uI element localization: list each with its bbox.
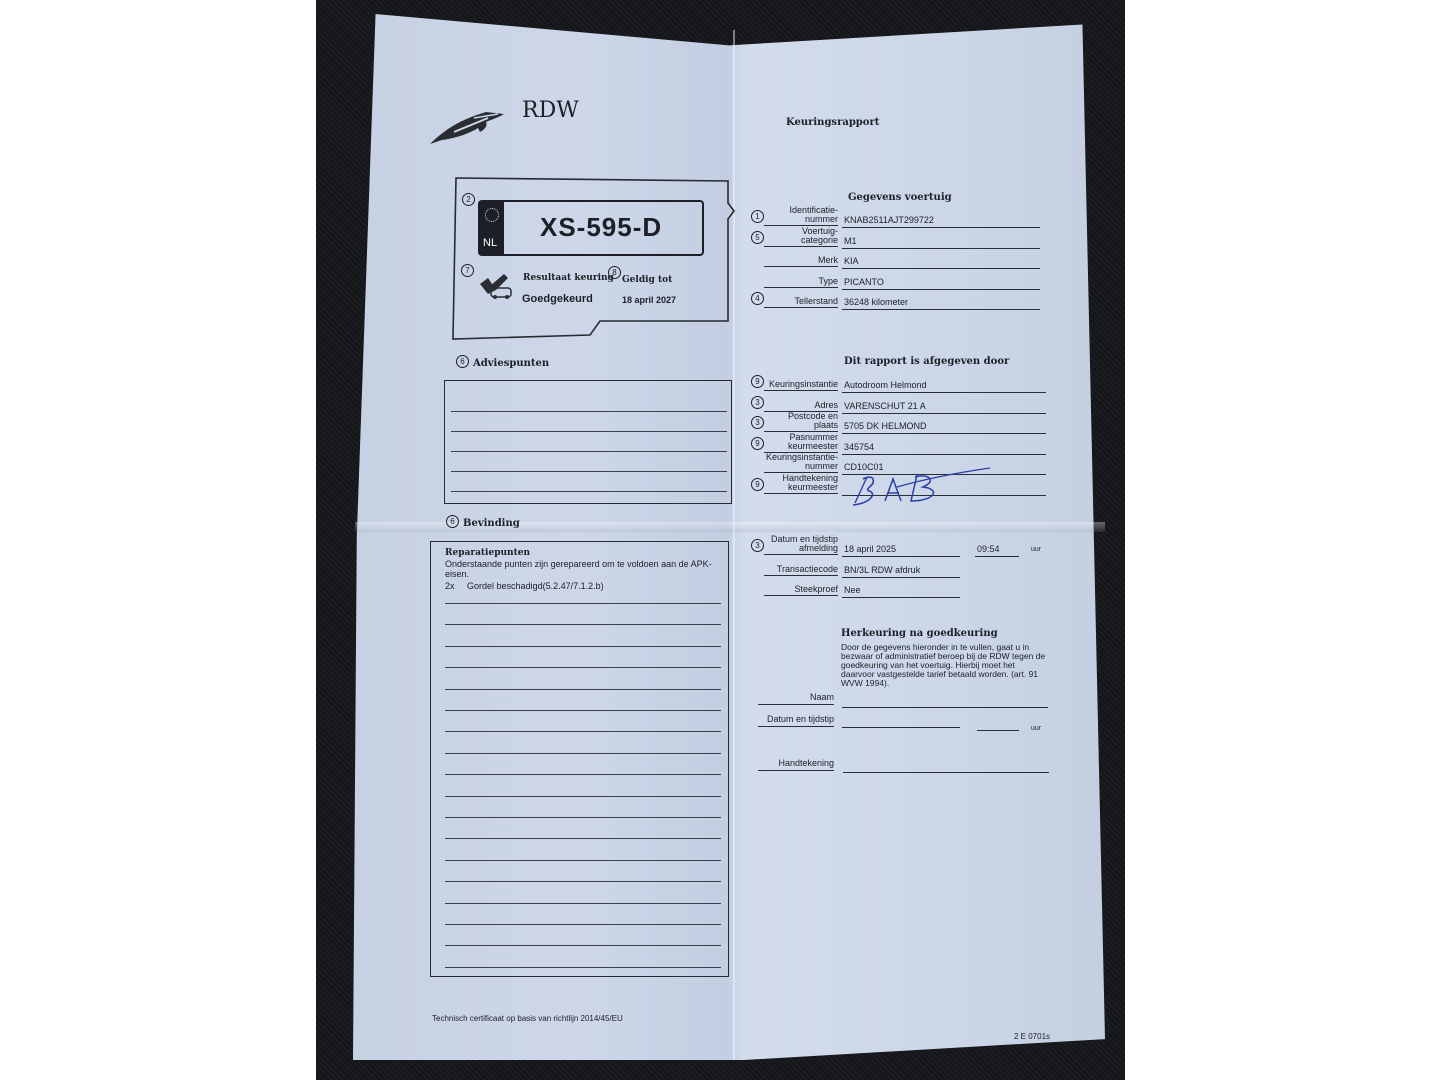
vehicle-data-label: Identificatie- nummer [760, 206, 838, 224]
value-underline [842, 413, 1046, 414]
findings-item: 2x Gordel beschadigd(5.2.47/7.1.2.b) [445, 581, 604, 591]
issuer-value: VARENSCHUT 21 A [844, 401, 926, 411]
label-underline [764, 266, 838, 267]
findings-intro: Onderstaande punten zijn gerepareerd om … [445, 559, 715, 579]
marker-2: 2 [462, 193, 475, 206]
marker-6-findings: 6 [446, 515, 459, 528]
result-label: Resultaat keuring [523, 273, 614, 283]
vehicle-data-value: KNAB2511AJT299722 [844, 215, 934, 225]
issuer-label: Keuringsinstantie- nummer [760, 453, 838, 471]
ruled-line [451, 451, 727, 452]
value-underline [842, 309, 1040, 310]
reinspection-signature-field[interactable] [843, 772, 1049, 773]
car-inspection-icon [478, 272, 514, 300]
value-underline [842, 577, 960, 578]
issuer-value: Autodroom Helmond [844, 380, 927, 390]
findings-item-count: 2x [445, 581, 455, 591]
certificate-footer: Technisch certificaat op basis van richt… [432, 1014, 623, 1023]
ruled-line [445, 774, 721, 775]
vehicle-data-heading: Gegevens voertuig [848, 192, 952, 203]
ruled-line [451, 431, 727, 432]
license-plate: NL XS-595-D [478, 200, 704, 256]
ruled-line [445, 646, 721, 647]
organization-name: RDW [522, 98, 579, 123]
value-underline [842, 597, 960, 598]
ruled-line [445, 603, 721, 604]
label-underline [764, 554, 838, 555]
rdw-feather-logo-icon [428, 108, 508, 146]
registration-value: BN/3L RDW afdruk [844, 565, 920, 575]
advice-heading: Adviespunten [473, 358, 549, 369]
label-underline [764, 287, 838, 288]
reinspection-text: Door de gegevens hieronder in te vullen,… [841, 643, 1049, 688]
ruled-line [445, 796, 721, 797]
label-underline [758, 726, 834, 727]
ruled-line [445, 624, 721, 625]
issuer-label: Pasnummer keurmeester [760, 433, 838, 451]
inspector-signature [845, 465, 995, 510]
registration-label: Datum en tijdstip afmelding [760, 535, 838, 553]
vehicle-data-value: KIA [844, 256, 859, 266]
vehicle-data-value: 36248 kilometer [844, 297, 908, 307]
value-underline [842, 268, 1040, 269]
ruled-line [445, 838, 721, 839]
advice-box [444, 380, 732, 504]
report-title: Keuringsrapport [786, 117, 879, 128]
label-underline [764, 307, 838, 308]
background-left [0, 0, 316, 1080]
ruled-line [451, 491, 727, 492]
eu-stars-icon [485, 208, 499, 222]
registration-label: Steekproef [760, 585, 838, 594]
ruled-line [445, 753, 721, 754]
issuer-heading: Dit rapport is afgegeven door [844, 356, 1009, 367]
vehicle-data-label: Merk [760, 256, 838, 265]
issuer-value: 5705 DK HELMOND [844, 421, 927, 431]
marker-7: 7 [461, 264, 474, 277]
findings-subheading: Reparatiepunten [445, 548, 530, 558]
ruled-line [445, 817, 721, 818]
value-underline [842, 454, 1046, 455]
registration-value: Nee [844, 585, 861, 595]
vehicle-data-value: M1 [844, 236, 857, 246]
reinspection-date-field[interactable] [842, 727, 960, 728]
label-underline [758, 704, 834, 705]
ruled-line [451, 411, 727, 412]
value-underline [842, 392, 1046, 393]
label-underline [764, 595, 838, 596]
ruled-line [445, 903, 721, 904]
registration-time-unit: uur [1031, 546, 1041, 553]
reinspection-time-field[interactable] [977, 730, 1019, 731]
label-underline [764, 246, 838, 247]
label-underline [758, 770, 834, 771]
registration-value: 18 april 2025 [844, 544, 896, 554]
value-underline [842, 433, 1046, 434]
label-underline [764, 493, 838, 494]
background-right [1125, 0, 1440, 1080]
ruled-line [445, 945, 721, 946]
ruled-line [445, 924, 721, 925]
plate-country: NL [483, 237, 497, 249]
valid-until-label: Geldig tot [622, 275, 672, 285]
vehicle-data-value: PICANTO [844, 277, 884, 287]
issuer-label: Adres [760, 401, 838, 410]
ruled-line [445, 689, 721, 690]
registration-time: 09:54 [977, 544, 1000, 554]
reinspection-heading: Herkeuring na goedkeuring [841, 628, 998, 639]
ruled-line [445, 731, 721, 732]
reinspection-datetime-label: Datum en tijdstip [758, 715, 834, 724]
issuer-label: Keuringsinstantie [760, 380, 838, 389]
issuer-label: Postcode en plaats [760, 412, 838, 430]
eu-band: NL [480, 202, 504, 254]
vehicle-data-label: Voertuig- categorie [760, 227, 838, 245]
ruled-line [445, 881, 721, 882]
registration-label: Transactiecode [760, 565, 838, 574]
result-value: Goedgekeurd [522, 293, 593, 305]
ruled-line [445, 967, 721, 968]
vehicle-data-label: Tellerstand [760, 297, 838, 306]
marker-6: 6 [456, 355, 469, 368]
time-underline [975, 556, 1019, 557]
value-underline [842, 556, 960, 557]
reinspection-time-unit: uur [1031, 725, 1041, 732]
label-underline [764, 575, 838, 576]
valid-until-value: 18 april 2027 [622, 295, 676, 305]
value-underline [842, 227, 1040, 228]
findings-item-description: Gordel beschadigd(5.2.47/7.1.2.b) [467, 581, 604, 591]
vehicle-data-label: Type [760, 277, 838, 286]
ruled-line [445, 667, 721, 668]
plate-number: XS-595-D [540, 212, 662, 243]
findings-heading: Bevinding [463, 518, 520, 529]
value-underline [842, 248, 1040, 249]
reinspection-name-label: Naam [758, 693, 834, 702]
findings-box: Reparatiepunten Onderstaande punten zijn… [430, 541, 729, 977]
marker-8: 8 [608, 266, 621, 279]
ruled-line [445, 860, 721, 861]
issuer-label: Handtekening keurmeester [760, 474, 838, 492]
ruled-line [451, 471, 727, 472]
label-underline [764, 390, 838, 391]
form-code: 2 E 0701s [1014, 1032, 1050, 1041]
value-underline [842, 289, 1040, 290]
issuer-value: 345754 [844, 442, 874, 452]
reinspection-name-field[interactable] [842, 707, 1048, 708]
ruled-line [445, 710, 721, 711]
reinspection-signature-label: Handtekening [758, 759, 834, 768]
